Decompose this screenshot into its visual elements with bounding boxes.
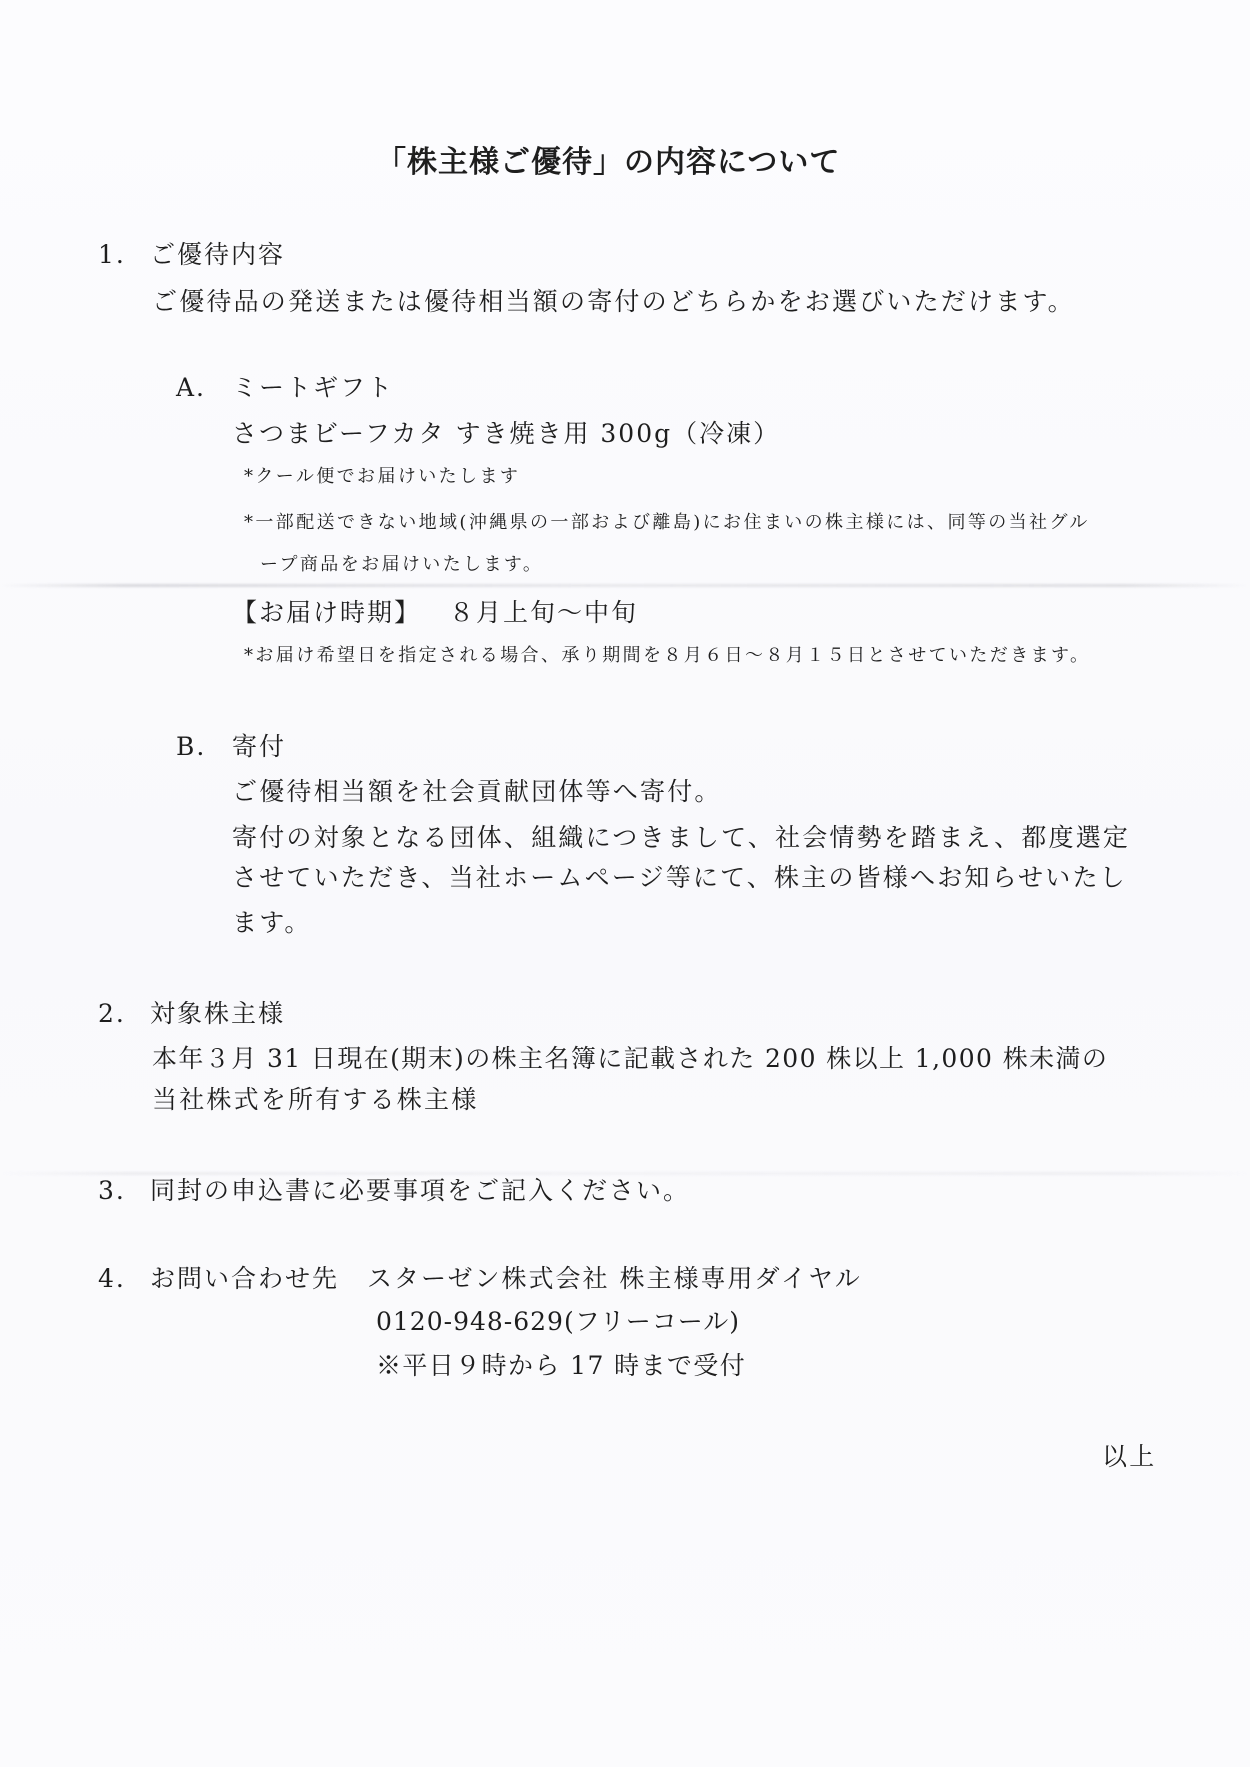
section-number: 2.: [98, 1001, 150, 1026]
paper-fold-line-lower: [0, 1172, 1250, 1175]
section-number: 3.: [98, 1178, 150, 1203]
option-a-delivery: 【お届け時期】８月上旬～中旬: [232, 600, 638, 625]
section-2-line: 当社株式を所有する株主様: [152, 1087, 478, 1112]
option-b-line: ご優待相当額を社会貢献団体等へ寄付。: [232, 779, 722, 804]
option-b-line: させていただき、当社ホームページ等にて、株主の皆様へお知らせいたし: [232, 865, 1127, 890]
closing-text: 以上: [1102, 1444, 1156, 1469]
option-label: A.: [176, 375, 232, 400]
section-4-heading: 4.お問い合わせ先スターゼン株式会社 株主様専用ダイヤル: [98, 1266, 862, 1291]
document-title: 「株主様ご優待」の内容について: [376, 148, 840, 178]
paper-fold-line: [0, 584, 1250, 587]
option-b-line: 寄付の対象となる団体、組織につきまして、社会情勢を踏まえ、都度選定: [232, 825, 1130, 850]
section-title: 同封の申込書に必要事項をご記入ください。: [150, 1176, 690, 1205]
option-a-product: さつまビーフカタ すき焼き用 300g（冷凍）: [232, 421, 780, 446]
contact-name: スターゼン株式会社 株主様専用ダイヤル: [367, 1264, 862, 1293]
section-2-line: 本年３月 31 日現在(期末)の株主名簿に記載された 200 株以上 1,000…: [152, 1046, 1108, 1071]
contact-phone: 0120-948-629(フリーコール): [376, 1309, 740, 1334]
option-a-delivery-note: *お届け希望日を指定される場合、承り期間を８月６日～８月１５日とさせていただきま…: [244, 647, 1090, 665]
delivery-label: 【お届け時期】: [232, 598, 421, 627]
option-a-note: ープ商品をお届けいたします。: [260, 556, 543, 574]
contact-hours: ※平日９時から 17 時まで受付: [376, 1353, 746, 1378]
option-a-heading: A.ミートギフト: [176, 375, 394, 400]
section-2-heading: 2.対象株主様: [98, 1001, 285, 1026]
section-number: 4.: [98, 1266, 150, 1291]
option-b-line: ます。: [232, 910, 312, 935]
section-3-heading: 3.同封の申込書に必要事項をご記入ください。: [98, 1178, 690, 1203]
section-1-intro: ご優待品の発送または優待相当額の寄付のどちらかをお選びいただけます。: [152, 289, 1075, 314]
section-title: ご優待内容: [150, 240, 285, 269]
section-number: 1.: [98, 242, 150, 267]
section-title: 対象株主様: [150, 999, 285, 1028]
option-a-note: *一部配送できない地域(沖縄県の一部および離島)にお住まいの株主様には、同等の当…: [244, 514, 1090, 532]
delivery-value: ８月上旬～中旬: [449, 598, 638, 627]
option-title: ミートギフト: [232, 373, 394, 402]
section-title: お問い合わせ先: [150, 1264, 339, 1293]
option-title: 寄付: [232, 732, 286, 761]
option-a-note: *クール便でお届けいたします: [244, 468, 520, 486]
option-b-heading: B.寄付: [176, 734, 286, 759]
section-1-heading: 1.ご優待内容: [98, 242, 285, 267]
option-label: B.: [176, 734, 232, 759]
